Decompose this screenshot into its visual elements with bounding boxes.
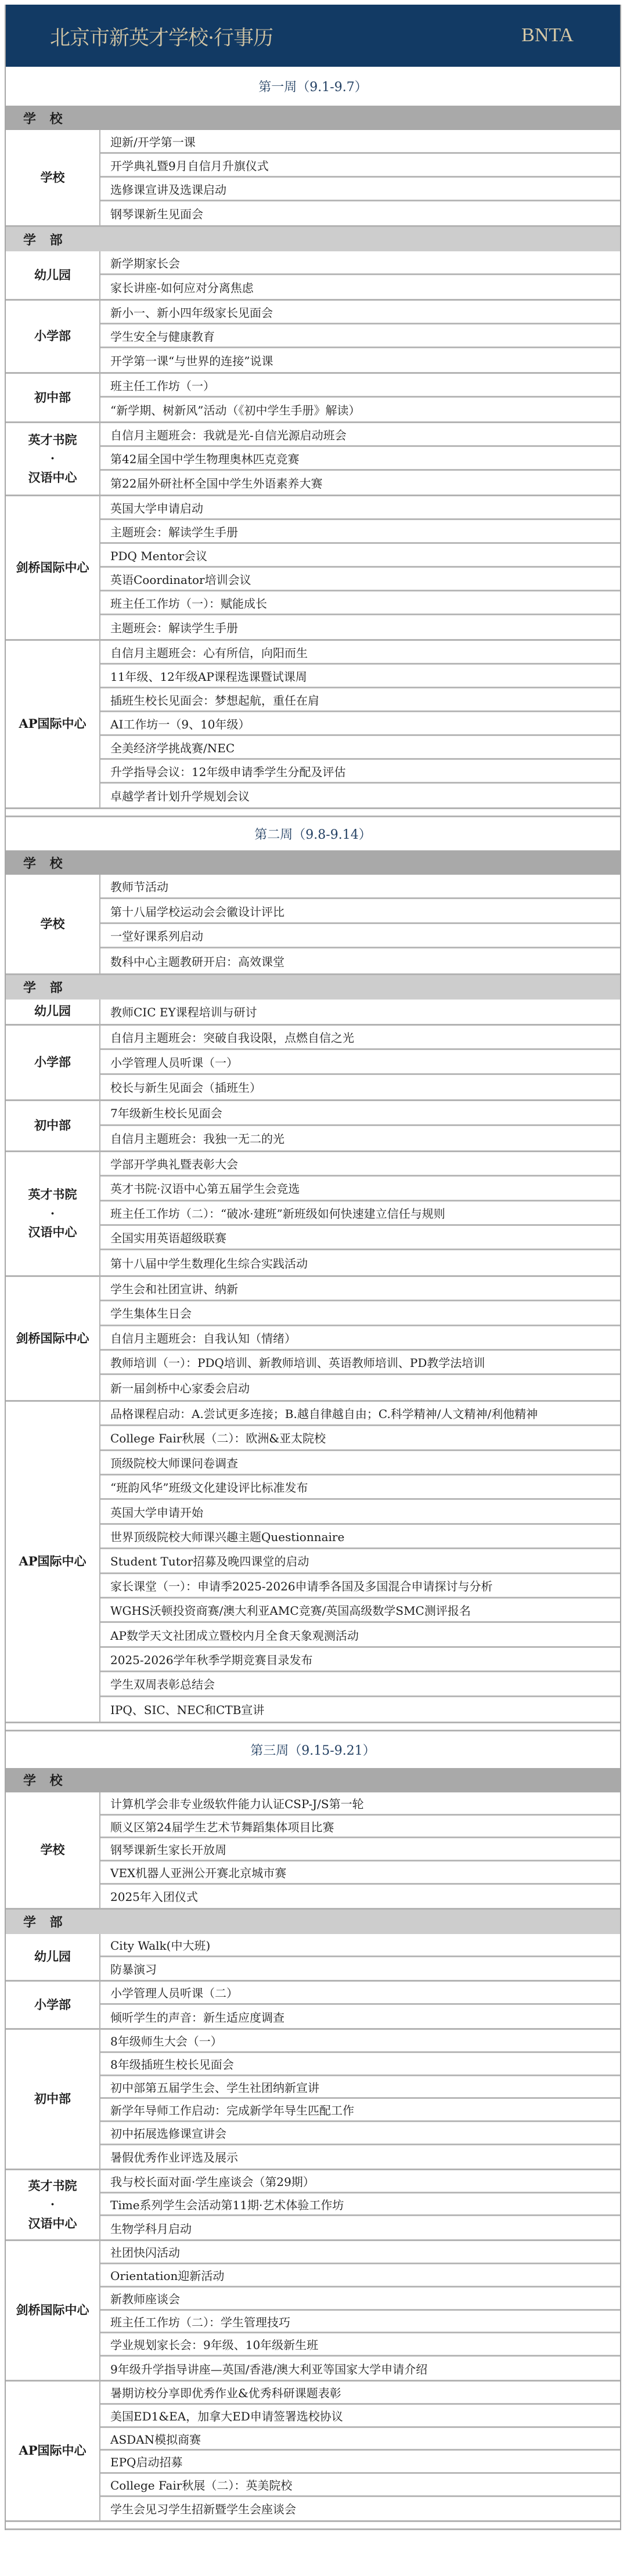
event-item: 8年级师生大会（一） bbox=[100, 2030, 620, 2053]
department-group: AP国际中心自信月主题班会：心有所信，向阳而生11年级、12年级AP课程选课暨试… bbox=[6, 641, 620, 807]
event-item: 自信月主题班会：自我认知（情绪） bbox=[100, 1326, 620, 1351]
group-label: 学校 bbox=[6, 875, 100, 973]
group-school: 学校教师节活动第十八届学校运动会会徽设计评比一堂好课系列启动数科中心主题教研开启… bbox=[6, 875, 620, 975]
department-group: 幼儿园教师CIC EY课程培训与研讨 bbox=[6, 1000, 620, 1026]
event-item: 计算机学会非专业级软件能力认证CSP-J/S第一轮 bbox=[100, 1792, 620, 1816]
event-list: 学生会和社团宣讲、纳新学生集体生日会自信月主题班会：自我认知（情绪）教师培训（一… bbox=[100, 1277, 620, 1400]
event-item: 小学管理人员听课（一） bbox=[100, 1050, 620, 1074]
event-item: 新一届剑桥中心家委会启动 bbox=[100, 1375, 620, 1399]
event-item: 校长与新生见面会（插班生） bbox=[100, 1075, 620, 1099]
event-item: 2025-2026学年秋季学期竞赛目录发布 bbox=[100, 1648, 620, 1672]
department-groups: 幼儿园City Walk(中大班)防暴演习小学部小学管理人员听课（二）倾听学生的… bbox=[6, 1934, 620, 2520]
event-item: AI工作坊一（9、10年级） bbox=[100, 712, 620, 736]
event-item: College Fair秋展（二）：欧洲&亚太院校 bbox=[100, 1426, 620, 1451]
department-group: AP国际中心品格课程启动：A.尝试更多连接；B.越自律越自由；C.科学精神/人文… bbox=[6, 1402, 620, 1722]
department-label: 初中部 bbox=[6, 2030, 100, 2169]
department-label: 幼儿园 bbox=[6, 1000, 100, 1024]
week-section: 第三周（9.15-9.21）学 校学校计算机学会非专业级软件能力认证CSP-J/… bbox=[6, 1731, 620, 2530]
department-group: 小学部小学管理人员听课（二）倾听学生的声音：新生适应度调查 bbox=[6, 1982, 620, 2030]
department-label-line: 英才书院 bbox=[28, 1185, 77, 1204]
department-group: 剑桥国际中心社团快闪活动Orientation迎新活动新教师座谈会班主任工作坊（… bbox=[6, 2241, 620, 2382]
department-group: 剑桥国际中心英国大学申请启动主题班会：解读学生手册PDQ Mentor会议英语C… bbox=[6, 496, 620, 641]
event-list: 班主任工作坊（一）“新学期、树新风”活动（《初中学生手册》解读） bbox=[100, 374, 620, 421]
section-band-departments: 学 部 bbox=[6, 227, 620, 251]
event-item: 班主任工作坊（一）：赋能成长 bbox=[100, 591, 620, 615]
section-band-school: 学 校 bbox=[6, 106, 620, 130]
event-list: City Walk(中大班)防暴演习 bbox=[100, 1934, 620, 1980]
department-label: 剑桥国际中心 bbox=[6, 2241, 100, 2380]
event-list: 教师节活动第十八届学校运动会会徽设计评比一堂好课系列启动数科中心主题教研开启：高… bbox=[100, 875, 620, 973]
department-label-line: · bbox=[28, 2195, 77, 2214]
event-item: 学生会和社团宣讲、纳新 bbox=[100, 1277, 620, 1301]
event-item: 全美经济学挑战赛/NEC bbox=[100, 736, 620, 760]
event-item: “班韵风华”班级文化建设评比标准发布 bbox=[100, 1475, 620, 1500]
event-list: 小学管理人员听课（二）倾听学生的声音：新生适应度调查 bbox=[100, 1982, 620, 2028]
event-item: 学部开学典礼暨表彰大会 bbox=[100, 1152, 620, 1177]
calendar-sheet: 北京市新英才学校·行事历 BNTA 第一周（9.1-9.7）学 校学校迎新/开学… bbox=[5, 5, 621, 2530]
department-group: 幼儿园City Walk(中大班)防暴演习 bbox=[6, 1934, 620, 1982]
event-item: 第十八届中学生数理化生综合实践活动 bbox=[100, 1250, 620, 1275]
event-item: 开学第一课“与世界的连接”说课 bbox=[100, 348, 620, 372]
department-label-line: · bbox=[28, 449, 77, 468]
department-group: 英才书院·汉语中心我与校长面对面·学生座谈会（第29期）Time系列学生会活动第… bbox=[6, 2170, 620, 2241]
event-item: 7年级新生校长见面会 bbox=[100, 1101, 620, 1125]
event-item: 世界顶级院校大师课兴趣主题Questionnaire bbox=[100, 1525, 620, 1549]
department-group: 剑桥国际中心学生会和社团宣讲、纳新学生集体生日会自信月主题班会：自我认知（情绪）… bbox=[6, 1277, 620, 1402]
event-item: VEX机器人亚洲公开赛北京城市赛 bbox=[100, 1861, 620, 1885]
event-item: 英国大学申请开始 bbox=[100, 1500, 620, 1524]
event-item: 新教师座谈会 bbox=[100, 2288, 620, 2311]
group-school: 学校迎新/开学第一课开学典礼暨9月自信月升旗仪式选修课宣讲及选课启动钢琴课新生见… bbox=[6, 130, 620, 227]
department-label: 初中部 bbox=[6, 374, 100, 421]
event-item: 自信月主题班会：心有所信，向阳而生 bbox=[100, 641, 620, 665]
department-label: 幼儿园 bbox=[6, 251, 100, 299]
event-list: 新学期家长会家长讲座-如何应对分离焦虑 bbox=[100, 251, 620, 299]
event-item: 顶级院校大师课问卷调查 bbox=[100, 1451, 620, 1475]
week-section: 第二周（9.8-9.14）学 校学校教师节活动第十八届学校运动会会徽设计评比一堂… bbox=[6, 817, 620, 1731]
event-item: 新学期家长会 bbox=[100, 251, 620, 275]
department-label: 小学部 bbox=[6, 1026, 100, 1099]
department-label: 小学部 bbox=[6, 301, 100, 372]
event-item: 学生会见习学生招新暨学生会座谈会 bbox=[100, 2497, 620, 2520]
event-item: 迎新/开学第一课 bbox=[100, 130, 620, 154]
department-group: 初中部8年级师生大会（一）8年级插班生校长见面会初中部第五届学生会、学生社团纳新… bbox=[6, 2030, 620, 2170]
event-item: “新学期、树新风”活动（《初中学生手册》解读） bbox=[100, 398, 620, 421]
event-item: 初中部第五届学生会、学生社团纳新宣讲 bbox=[100, 2076, 620, 2099]
event-item: 英国大学申请启动 bbox=[100, 496, 620, 520]
department-label: 幼儿园 bbox=[6, 1934, 100, 1980]
department-label-line: · bbox=[28, 1204, 77, 1224]
department-label: 英才书院·汉语中心 bbox=[6, 1152, 100, 1275]
event-item: 8年级插班生校长见面会 bbox=[100, 2053, 620, 2076]
week-section: 第一周（9.1-9.7）学 校学校迎新/开学第一课开学典礼暨9月自信月升旗仪式选… bbox=[6, 67, 620, 817]
event-item: 第十八届学校运动会会徽设计评比 bbox=[100, 899, 620, 923]
event-list: 品格课程启动：A.尝试更多连接；B.越自律越自由；C.科学精神/人文精神/利他精… bbox=[100, 1402, 620, 1722]
event-item: 我与校长面对面·学生座谈会（第29期） bbox=[100, 2170, 620, 2193]
department-label: 英才书院·汉语中心 bbox=[6, 2170, 100, 2239]
event-item: 家长讲座-如何应对分离焦虑 bbox=[100, 275, 620, 299]
week-spacer-row bbox=[6, 2520, 620, 2530]
event-item: 品格课程启动：A.尝试更多连接；B.越自律越自由；C.科学精神/人文精神/利他精… bbox=[100, 1402, 620, 1426]
event-item: Time系列学生会活动第11期·艺术体验工作坊 bbox=[100, 2193, 620, 2217]
event-item: ASDAN模拟商赛 bbox=[100, 2428, 620, 2451]
event-item: 第42届全国中学生物理奥林匹克竞赛 bbox=[100, 447, 620, 471]
department-label-line: 英才书院 bbox=[28, 2177, 77, 2196]
event-item: 初中拓展选修课宣讲会 bbox=[100, 2122, 620, 2145]
department-group: 小学部新小一、新小四年级家长见面会学生安全与健康教育开学第一课“与世界的连接”说… bbox=[6, 301, 620, 374]
event-item: AP数学天文社团成立暨校内月全食天象观测活动 bbox=[100, 1623, 620, 1647]
event-item: City Walk(中大班) bbox=[100, 1934, 620, 1957]
event-item: 小学管理人员听课（二） bbox=[100, 1982, 620, 2005]
event-item: 插班生校长见面会：梦想起航，重任在肩 bbox=[100, 688, 620, 712]
event-list: 教师CIC EY课程培训与研讨 bbox=[100, 1000, 620, 1024]
department-label: 初中部 bbox=[6, 1101, 100, 1150]
event-item: Student Tutor招募及晚四课堂的启动 bbox=[100, 1549, 620, 1574]
week-title: 第二周（9.8-9.14） bbox=[6, 817, 620, 850]
event-item: 一堂好课系列启动 bbox=[100, 924, 620, 948]
event-item: 顺义区第24届学生艺术节舞蹈集体项目比赛 bbox=[100, 1816, 620, 1839]
department-group: 小学部自信月主题班会：突破自我设限，点燃自信之光小学管理人员听课（一）校长与新生… bbox=[6, 1026, 620, 1101]
weeks-container: 第一周（9.1-9.7）学 校学校迎新/开学第一课开学典礼暨9月自信月升旗仪式选… bbox=[6, 67, 620, 2530]
event-item: 升学指导会议：12年级申请季学生分配及评估 bbox=[100, 760, 620, 784]
event-item: 学业规划家长会：9年级、10年级新生班 bbox=[100, 2333, 620, 2357]
department-label: AP国际中心 bbox=[6, 641, 100, 807]
event-item: 班主任工作坊（二）：“破冰·建班”新班级如何快速建立信任与规则 bbox=[100, 1202, 620, 1226]
event-item: 自信月主题班会：我就是光-自信光源启动班会 bbox=[100, 423, 620, 447]
event-item: 英才书院·汉语中心第五届学生会竞选 bbox=[100, 1177, 620, 1201]
event-list: 自信月主题班会：我就是光-自信光源启动班会第42届全国中学生物理奥林匹克竞赛第2… bbox=[100, 423, 620, 495]
department-groups: 幼儿园教师CIC EY课程培训与研讨小学部自信月主题班会：突破自我设限，点燃自信… bbox=[6, 1000, 620, 1722]
department-label: 小学部 bbox=[6, 1982, 100, 2028]
event-item: 钢琴课新生见面会 bbox=[100, 201, 620, 225]
page-title: 北京市新英才学校·行事历 bbox=[50, 22, 273, 51]
event-item: 主题班会：解读学生手册 bbox=[100, 520, 620, 544]
department-group: 英才书院·汉语中心学部开学典礼暨表彰大会英才书院·汉语中心第五届学生会竞选班主任… bbox=[6, 1152, 620, 1277]
event-item: 主题班会：解读学生手册 bbox=[100, 615, 620, 639]
event-list: 自信月主题班会：突破自我设限，点燃自信之光小学管理人员听课（一）校长与新生见面会… bbox=[100, 1026, 620, 1099]
event-item: 全国实用英语超级联赛 bbox=[100, 1226, 620, 1250]
event-list: 新小一、新小四年级家长见面会学生安全与健康教育开学第一课“与世界的连接”说课 bbox=[100, 301, 620, 372]
department-groups: 幼儿园新学期家长会家长讲座-如何应对分离焦虑小学部新小一、新小四年级家长见面会学… bbox=[6, 251, 620, 807]
event-item: 学生安全与健康教育 bbox=[100, 324, 620, 348]
department-label: AP国际中心 bbox=[6, 2382, 100, 2520]
event-list: 7年级新生校长见面会自信月主题班会：我独一无二的光 bbox=[100, 1101, 620, 1150]
event-item: IPQ、SIC、NEC和CTB宣讲 bbox=[100, 1697, 620, 1722]
event-item: 暑期访校分享即优秀作业&优秀科研课题表彰 bbox=[100, 2382, 620, 2405]
department-label: 英才书院·汉语中心 bbox=[6, 423, 100, 495]
event-list: 社团快闪活动Orientation迎新活动新教师座谈会班主任工作坊（二）：学生管… bbox=[100, 2241, 620, 2380]
event-item: EPQ启动招募 bbox=[100, 2451, 620, 2474]
event-item: 美国ED1&EA，加拿大ED申请签署选校协议 bbox=[100, 2405, 620, 2428]
department-label-line: 英才书院 bbox=[28, 431, 77, 450]
event-item: 倾听学生的声音：新生适应度调查 bbox=[100, 2005, 620, 2028]
event-item: 2025年入团仪式 bbox=[100, 1885, 620, 1908]
event-item: 新学年导师工作启动：完成新学年导生匹配工作 bbox=[100, 2099, 620, 2122]
department-label-line: 汉语中心 bbox=[28, 1223, 77, 1242]
event-item: 学生双周表彰总结会 bbox=[100, 1672, 620, 1697]
brand-logo-text: BNTA bbox=[521, 24, 574, 46]
event-item: 卓越学者计划升学规划会议 bbox=[100, 784, 620, 807]
section-band-departments: 学 部 bbox=[6, 975, 620, 1000]
event-item: 教师节活动 bbox=[100, 875, 620, 899]
event-item: 数科中心主题教研开启：高效课堂 bbox=[100, 948, 620, 973]
section-band-school: 学 校 bbox=[6, 1768, 620, 1792]
event-item: 11年级、12年级AP课程选课暨试课周 bbox=[100, 665, 620, 688]
department-label: 剑桥国际中心 bbox=[6, 1277, 100, 1400]
event-item: 新小一、新小四年级家长见面会 bbox=[100, 301, 620, 324]
event-item: 9年级升学指导讲座—英国/香港/澳大利亚等国家大学申请介绍 bbox=[100, 2357, 620, 2380]
event-list: 暑期访校分享即优秀作业&优秀科研课题表彰美国ED1&EA，加拿大ED申请签署选校… bbox=[100, 2382, 620, 2520]
group-label: 学校 bbox=[6, 130, 100, 225]
event-list: 迎新/开学第一课开学典礼暨9月自信月升旗仪式选修课宣讲及选课启动钢琴课新生见面会 bbox=[100, 130, 620, 225]
event-item: 开学典礼暨9月自信月升旗仪式 bbox=[100, 154, 620, 178]
event-item: 防暴演习 bbox=[100, 1957, 620, 1980]
event-list: 自信月主题班会：心有所信，向阳而生11年级、12年级AP课程选课暨试课周插班生校… bbox=[100, 641, 620, 807]
event-item: College Fair秋展（二）：英美院校 bbox=[100, 2474, 620, 2497]
event-list: 8年级师生大会（一）8年级插班生校长见面会初中部第五届学生会、学生社团纳新宣讲新… bbox=[100, 2030, 620, 2169]
department-group: 初中部班主任工作坊（一）“新学期、树新风”活动（《初中学生手册》解读） bbox=[6, 374, 620, 423]
department-label: 剑桥国际中心 bbox=[6, 496, 100, 639]
event-item: 学生集体生日会 bbox=[100, 1301, 620, 1326]
department-label: AP国际中心 bbox=[6, 1402, 100, 1722]
event-item: WGHS沃顿投资商赛/澳大利亚AMC竞赛/英国高级数学SMC测评报名 bbox=[100, 1599, 620, 1623]
event-item: Orientation迎新活动 bbox=[100, 2264, 620, 2288]
week-title: 第三周（9.15-9.21） bbox=[6, 1731, 620, 1768]
event-list: 英国大学申请启动主题班会：解读学生手册PDQ Mentor会议英语Coordin… bbox=[100, 496, 620, 639]
header-banner: 北京市新英才学校·行事历 BNTA bbox=[6, 5, 620, 67]
event-item: 教师培训（一）：PDQ培训、新教师培训、英语教师培训、PD教学法培训 bbox=[100, 1351, 620, 1375]
department-label-line: 汉语中心 bbox=[28, 2214, 77, 2234]
department-group: 初中部7年级新生校长见面会自信月主题班会：我独一无二的光 bbox=[6, 1101, 620, 1152]
week-spacer-row bbox=[6, 807, 620, 817]
department-label-line: 汉语中心 bbox=[28, 468, 77, 488]
event-item: 社团快闪活动 bbox=[100, 2241, 620, 2264]
event-item: 钢琴课新生家长开放周 bbox=[100, 1838, 620, 1861]
event-item: 第22届外研社杯全国中学生外语素养大赛 bbox=[100, 471, 620, 495]
section-band-school: 学 校 bbox=[6, 850, 620, 875]
event-list: 我与校长面对面·学生座谈会（第29期）Time系列学生会活动第11期·艺术体验工… bbox=[100, 2170, 620, 2239]
event-item: 生物学科月启动 bbox=[100, 2216, 620, 2239]
event-list: 计算机学会非专业级软件能力认证CSP-J/S第一轮顺义区第24届学生艺术节舞蹈集… bbox=[100, 1792, 620, 1908]
department-group: AP国际中心暑期访校分享即优秀作业&优秀科研课题表彰美国ED1&EA，加拿大ED… bbox=[6, 2382, 620, 2520]
event-item: PDQ Mentor会议 bbox=[100, 544, 620, 568]
week-title: 第一周（9.1-9.7） bbox=[6, 67, 620, 106]
department-group: 英才书院·汉语中心自信月主题班会：我就是光-自信光源启动班会第42届全国中学生物… bbox=[6, 423, 620, 496]
group-school: 学校计算机学会非专业级软件能力认证CSP-J/S第一轮顺义区第24届学生艺术节舞… bbox=[6, 1792, 620, 1910]
event-item: 教师CIC EY课程培训与研讨 bbox=[100, 1000, 620, 1024]
event-item: 选修课宣讲及选课启动 bbox=[100, 178, 620, 201]
group-label: 学校 bbox=[6, 1792, 100, 1908]
event-item: 暑假优秀作业评选及展示 bbox=[100, 2145, 620, 2169]
event-item: 英语Coordinator培训会议 bbox=[100, 568, 620, 591]
event-item: 自信月主题班会：我独一无二的光 bbox=[100, 1126, 620, 1150]
department-group: 幼儿园新学期家长会家长讲座-如何应对分离焦虑 bbox=[6, 251, 620, 301]
event-item: 自信月主题班会：突破自我设限，点燃自信之光 bbox=[100, 1026, 620, 1050]
event-item: 班主任工作坊（二）：学生管理技巧 bbox=[100, 2311, 620, 2334]
event-item: 家长课堂（一）：申请季2025-2026申请季各国及多国混合申请探讨与分析 bbox=[100, 1574, 620, 1599]
event-list: 学部开学典礼暨表彰大会英才书院·汉语中心第五届学生会竞选班主任工作坊（二）：“破… bbox=[100, 1152, 620, 1275]
section-band-departments: 学 部 bbox=[6, 1910, 620, 1934]
event-item: 班主任工作坊（一） bbox=[100, 374, 620, 398]
week-spacer-row bbox=[6, 1722, 620, 1731]
